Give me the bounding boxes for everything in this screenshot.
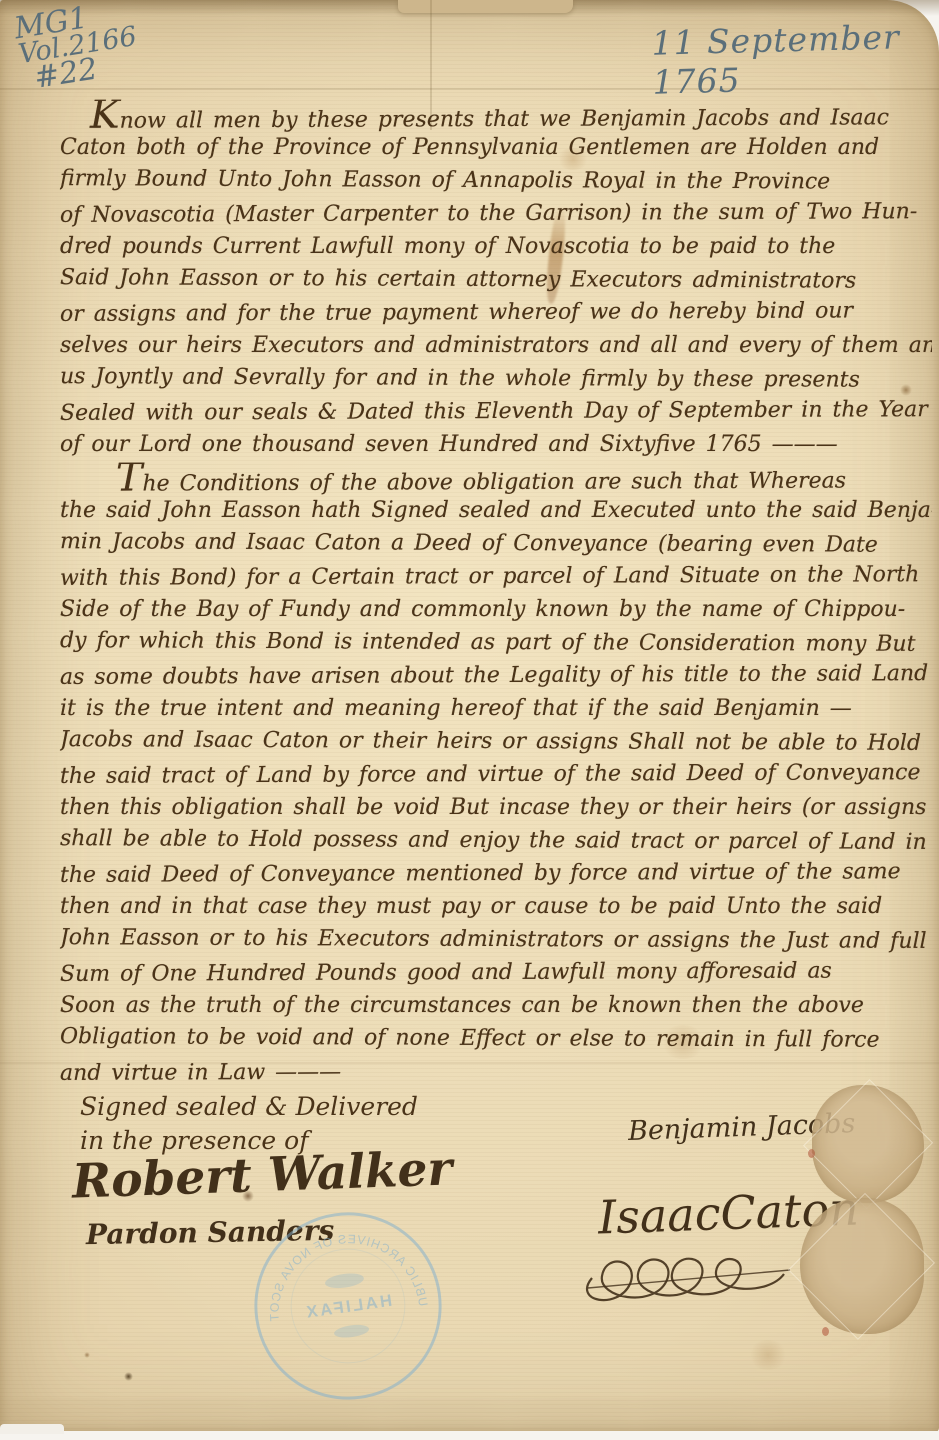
stamp-center-text: HALIFAX xyxy=(303,1291,393,1322)
archives-stamp: PUBLIC ARCHIVES OF NOVA SCOTIA HALIFAX xyxy=(237,1195,458,1416)
manuscript-line: the said tract of Land by force and virt… xyxy=(60,756,932,793)
manuscript-line: and virtue in Law ——— xyxy=(60,1053,932,1090)
wax-seal-jacobs xyxy=(812,1085,924,1203)
manuscript-line: us Joyntly and Sevrally for and in the w… xyxy=(60,360,932,397)
manuscript-line: the said Deed of Conveyance mentioned by… xyxy=(60,855,932,892)
manuscript-line: Obligation to be void and of none Effect… xyxy=(60,1020,932,1057)
manuscript-line: John Easson or to his Executors administ… xyxy=(60,921,932,958)
manuscript-body: Know all men by these presents that we B… xyxy=(60,98,932,1088)
manuscript-line: Sum of One Hundred Pounds good and Lawfu… xyxy=(60,954,932,991)
manuscript-line: with this Bond) for a Certain tract or p… xyxy=(60,558,932,595)
manuscript-line: then this obligation shall be void But i… xyxy=(60,791,932,824)
manuscript-line: Caton both of the Province of Pennsylvan… xyxy=(60,131,932,164)
stamp-crest-ornament xyxy=(324,1271,365,1290)
manuscript-line: shall be able to Hold possess and enjoy … xyxy=(60,822,932,859)
manuscript-line: Jacobs and Isaac Caton or their heirs or… xyxy=(60,723,932,760)
manuscript-line: then and in that case they must pay or c… xyxy=(60,890,932,923)
manuscript-line: of our Lord one thousand seven Hundred a… xyxy=(60,428,932,461)
manuscript-line: selves our heirs Executors and administr… xyxy=(60,329,932,362)
wax-seal-caton xyxy=(800,1198,924,1334)
manuscript-line: Sealed with our seals & Dated this Eleve… xyxy=(60,393,932,430)
paper-stain xyxy=(84,1352,90,1358)
manuscript-line: of Novascotia (Master Carpenter to the G… xyxy=(60,195,932,232)
date-annotation: 11 September 1765 xyxy=(651,16,939,101)
manuscript-line: firmly Bound Unto John Easson of Annapol… xyxy=(60,162,932,199)
manuscript-line: dy for which this Bond is intended as pa… xyxy=(60,624,932,661)
scan-background-notch xyxy=(0,1424,64,1434)
manuscript-line: it is the true intent and meaning hereof… xyxy=(60,692,932,725)
bond-obligation-paragraph: Know all men by these presents that we B… xyxy=(60,98,932,461)
scan-background-edge xyxy=(0,1431,939,1440)
manuscript-bond-page: MG1 Vol.2166 #22 11 September 1765 Know … xyxy=(0,0,939,1440)
top-edge-tear xyxy=(398,0,573,13)
manuscript-line: min Jacobs and Isaac Caton a Deed of Con… xyxy=(60,525,932,562)
manuscript-line: as some doubts have arisen about the Leg… xyxy=(60,657,932,694)
manuscript-line: dred pounds Current Lawfull mony of Nova… xyxy=(60,230,932,263)
manuscript-line: Soon as the truth of the circumstances c… xyxy=(60,989,932,1022)
manuscript-line: The Conditions of the above obligation a… xyxy=(60,459,932,496)
bond-conditions-paragraph: The Conditions of the above obligation a… xyxy=(60,461,932,1088)
manuscript-line: Side of the Bay of Fundy and commonly kn… xyxy=(60,593,932,626)
signature-flourish-loops xyxy=(578,1244,808,1320)
paper-stain xyxy=(748,1340,788,1370)
manuscript-line: the said John Easson hath Signed sealed … xyxy=(60,494,932,527)
stamp-wreath-ornament xyxy=(333,1323,370,1340)
attestation-line-1: Signed sealed & Delivered xyxy=(80,1090,418,1124)
paper-stain xyxy=(124,1372,133,1381)
manuscript-line: Know all men by these presents that we B… xyxy=(60,96,932,133)
manuscript-line: or assigns and for the true payment wher… xyxy=(60,294,932,331)
manuscript-line: Said John Easson or to his certain attor… xyxy=(60,261,932,298)
